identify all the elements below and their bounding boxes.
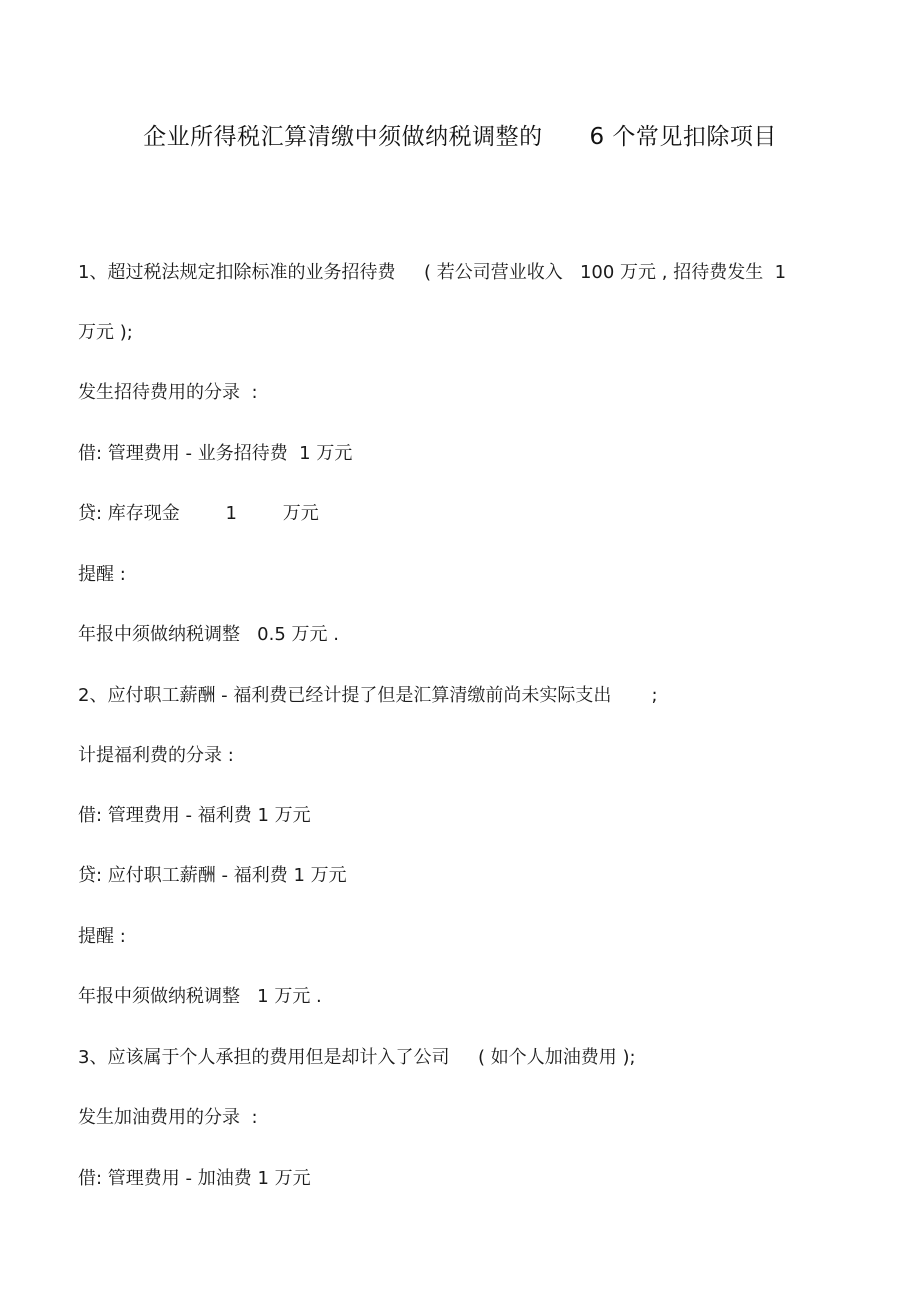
entry-intro-text: 计提福利费的分录 : bbox=[78, 744, 234, 768]
item-1-heading-continued: 万元 ); bbox=[78, 321, 133, 345]
item-3-heading: 3、应该属于个人承担的费用但是却计入了公司 ( 如个人加油费用 ); bbox=[78, 1046, 636, 1070]
credit-entry-text: 贷: 库存现金 1 万元 bbox=[78, 502, 319, 526]
debit-entry-text: 借: 管理费用 - 福利费 1 万元 bbox=[78, 804, 311, 828]
item-1-heading: 1、超过税法规定扣除标准的业务招待费 ( 若公司营业收入 100 万元 , 招待… bbox=[78, 261, 786, 285]
document-page: 企业所得税汇算清缴中须做纳税调整的 6 个常见扣除项目 1、超过税法规定扣除标准… bbox=[0, 0, 920, 1303]
reminder-text: 年报中须做纳税调整 0.5 万元 . bbox=[78, 623, 339, 647]
credit-entry-text: 贷: 应付职工薪酬 - 福利费 1 万元 bbox=[78, 864, 347, 888]
entry-intro-text: 发生加油费用的分录 : bbox=[78, 1106, 258, 1130]
entry-intro-text: 发生招待费用的分录 : bbox=[78, 381, 258, 405]
document-title: 企业所得税汇算清缴中须做纳税调整的 6 个常见扣除项目 bbox=[0, 118, 920, 151]
reminder-label: 提醒 : bbox=[78, 925, 126, 949]
debit-entry-text: 借: 管理费用 - 业务招待费 1 万元 bbox=[78, 442, 352, 466]
item-2-heading: 2、应付职工薪酬 - 福利费已经计提了但是汇算清缴前尚未实际支出 ; bbox=[78, 684, 658, 708]
reminder-label: 提醒 : bbox=[78, 563, 126, 587]
reminder-text: 年报中须做纳税调整 1 万元 . bbox=[78, 985, 322, 1009]
debit-entry-text: 借: 管理费用 - 加油费 1 万元 bbox=[78, 1167, 311, 1191]
